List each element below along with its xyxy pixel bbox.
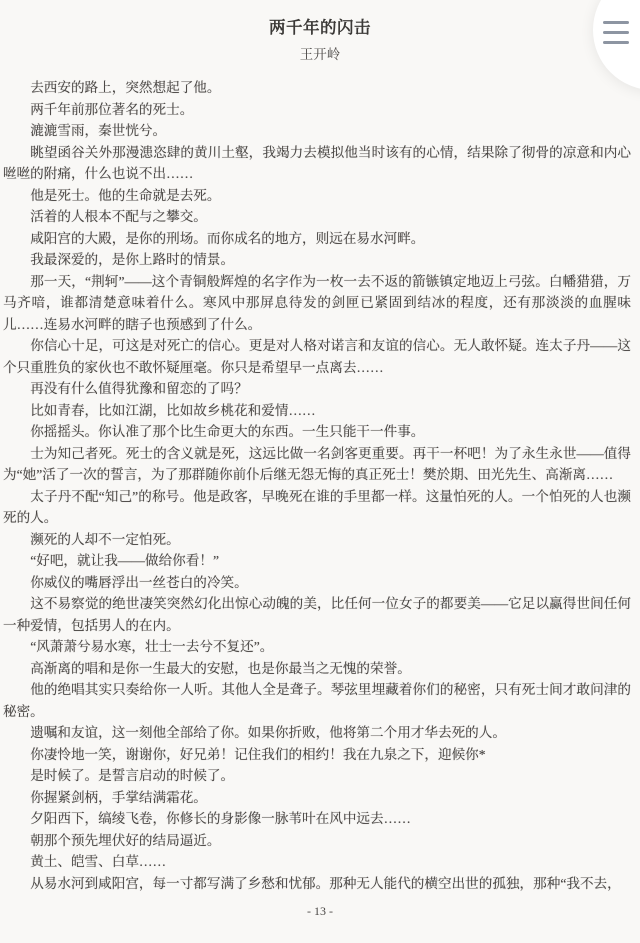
- hamburger-bar: [603, 21, 629, 24]
- paragraph: 你握紧剑柄，手掌结满霜花。: [3, 787, 631, 809]
- paragraph: 你信心十足，可这是对死亡的信心。更是对人格对诺言和友谊的信心。无人敢怀疑。连太子…: [3, 335, 631, 378]
- author-name: 王开岭: [0, 45, 640, 65]
- paragraph: 他的绝唱其实只奏给你一人听。其他人全是聋子。琴弦里埋藏着你们的秘密，只有死士间才…: [3, 679, 631, 722]
- paragraph: 两千年前那位著名的死士。: [3, 99, 631, 121]
- paragraph: 士为知己者死。死士的含义就是死，这远比做一名剑客更重要。再干一杯吧！为了永生永世…: [3, 443, 631, 486]
- hamburger-icon: [603, 21, 629, 44]
- paragraph: 我最深爱的，是你上路时的情景。: [3, 249, 631, 271]
- paragraph: 黄土、皑雪、白草……: [3, 851, 631, 873]
- paragraph: 夕阳西下，缟绫飞卷，你修长的身影像一脉苇叶在风中远去……: [3, 808, 631, 830]
- paragraph: 去西安的路上，突然想起了他。: [3, 77, 631, 99]
- hamburger-bar: [603, 31, 629, 34]
- paragraph: “风萧萧兮易水寒，壮士一去兮不复还”。: [3, 636, 631, 658]
- paragraph: 这不易察觉的绝世凄笑突然幻化出惊心动魄的美，比任何一位女子的都要美——它足以赢得…: [3, 593, 631, 636]
- paragraph: 高渐离的唱和是你一生最大的安慰，也是你最当之无愧的荣誉。: [3, 658, 631, 680]
- paragraph: 遗嘱和友谊，这一刻他全部给了你。如果你折败，他将第二个用才华去死的人。: [3, 722, 631, 744]
- hamburger-bar: [603, 41, 629, 44]
- paragraph: 再没有什么值得犹豫和留恋的了吗？: [3, 378, 631, 400]
- paragraph: 咸阳宫的大殿，是你的刑场。而你成名的地方，则远在易水河畔。: [3, 228, 631, 250]
- paragraph: 比如青春，比如江湖，比如故乡桃花和爱情……: [3, 400, 631, 422]
- page-number: - 13 -: [0, 903, 640, 919]
- paragraph: 你摇摇头。你认准了那个比生命更大的东西。一生只能干一件事。: [3, 421, 631, 443]
- paragraph: 你威仪的嘴唇浮出一丝苍白的冷笑。: [3, 572, 631, 594]
- paragraph: 他是死士。他的生命就是去死。: [3, 185, 631, 207]
- paragraph: 漉漉雪雨，秦世恍兮。: [3, 120, 631, 142]
- paragraph: 濒死的人却不一定怕死。: [3, 529, 631, 551]
- paragraph: “好吧，就让我——做给你看！”: [3, 550, 631, 572]
- reading-page[interactable]: 两千年的闪击 王开岭 去西安的路上，突然想起了他。两千年前那位著名的死士。漉漉雪…: [0, 0, 640, 943]
- paragraph: 那一天，“荆轲”——这个青铜般辉煌的名字作为一枚一去不返的箭镞镇定地迈上弓弦。白…: [3, 271, 631, 336]
- essay-body: 去西安的路上，突然想起了他。两千年前那位著名的死士。漉漉雪雨，秦世恍兮。眺望函谷…: [0, 77, 640, 894]
- paragraph: 你凄怜地一笑，谢谢你，好兄弟！记住我们的相约！我在九泉之下，迎候你*: [3, 744, 631, 766]
- paragraph: 活着的人根本不配与之攀交。: [3, 206, 631, 228]
- page-title: 两千年的闪击: [0, 0, 640, 39]
- paragraph: 太子丹不配“知己”的称号。他是政客，早晚死在谁的手里都一样。这量怕死的人。一个怕…: [3, 486, 631, 529]
- paragraph: 朝那个预先埋伏好的结局逼近。: [3, 830, 631, 852]
- paragraph: 眺望函谷关外那漫漶恣肆的黄川土壑，我竭力去模拟他当时该有的心情，结果除了彻骨的凉…: [3, 142, 631, 185]
- paragraph: 从易水河到咸阳宫，每一寸都写满了乡愁和忧郁。那种无人能代的横空出世的孤独，那种“…: [3, 873, 631, 895]
- paragraph: 是时候了。是誓言启动的时候了。: [3, 765, 631, 787]
